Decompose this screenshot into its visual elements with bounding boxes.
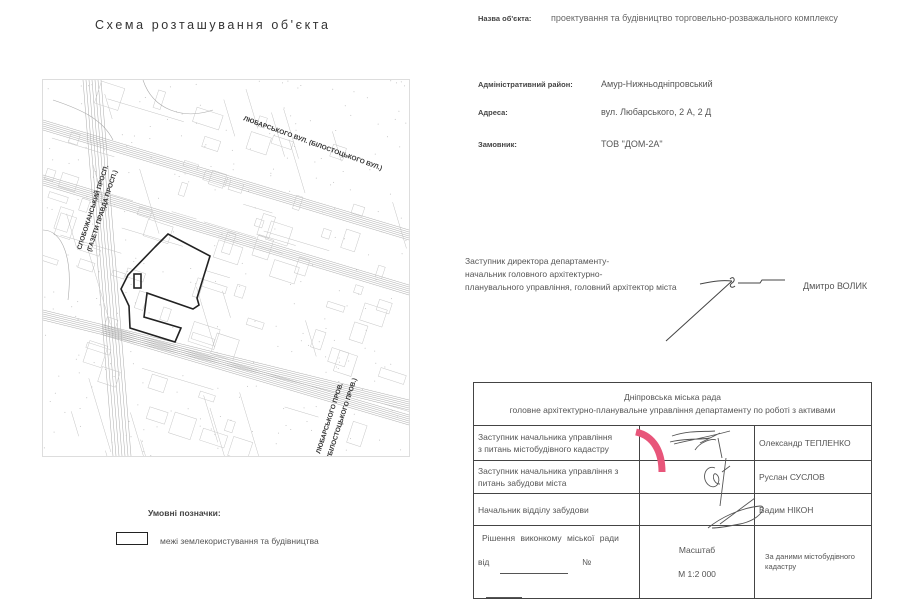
department-name: головне архітектурно-планувальне управлі… — [478, 404, 867, 417]
position-cell: Начальник відділу забудови — [474, 494, 640, 526]
position-text: Заступник начальника управління з — [478, 465, 635, 477]
decision-date-label: від — [478, 557, 489, 567]
scale-label: Масштаб — [644, 538, 750, 562]
decision-date-field — [500, 564, 568, 574]
signature-suslov — [705, 458, 730, 506]
district-label: Адміністративний район: — [478, 80, 573, 89]
page-title: Схема розташування об'єкта — [95, 18, 331, 32]
source-note-cell: За даними містобудівного кадастру — [755, 526, 872, 599]
decision-number-label: № — [582, 557, 591, 567]
customer-label: Замовник: — [478, 140, 517, 149]
customer-value: ТОВ "ДОМ-2А" — [601, 139, 663, 149]
decision-label: Рішення виконкому міської ради — [478, 526, 635, 550]
cadastral-map-drawing: ЛЮБАРСЬКОГО ВУЛ. (БІЛОСТОЦЬКОГО ВУЛ.) СЛ… — [43, 80, 409, 456]
red-seal-fragment — [632, 428, 672, 478]
object-name-value: проектування та будівництво торговельно-… — [551, 13, 838, 23]
position-text: Заступник начальника управління — [478, 431, 635, 443]
object-name-label: Назва об'єкта: — [478, 14, 531, 23]
approver-position: Заступник директора департаменту- началь… — [465, 255, 677, 294]
scale-value: М 1:2 000 — [644, 562, 750, 586]
approver-position-line: Заступник директора департаменту- — [465, 255, 677, 268]
name-cell: Вадим НІКОН — [755, 494, 872, 526]
decision-fields: від № — [478, 550, 635, 598]
legend-title: Умовні позначки: — [148, 508, 221, 518]
city-council-name: Дніпровська міська рада — [478, 391, 867, 404]
position-text: з питань містобудівного кадастру — [478, 443, 635, 455]
stamp-header: Дніпровська міська рада головне архітект… — [474, 383, 872, 426]
approver-signature — [660, 265, 810, 345]
address-label: Адреса: — [478, 108, 508, 117]
street-label-lubarskoho-vul: ЛЮБАРСЬКОГО ВУЛ. (БІЛОСТОЦЬКОГО ВУЛ.) — [242, 115, 383, 172]
approver-name: Дмитро ВОЛИК — [803, 281, 867, 291]
signature-nikon — [708, 498, 763, 528]
name-cell: Руслан СУСЛОВ — [755, 461, 872, 494]
approver-position-line: планувального управління, головний архіт… — [465, 281, 677, 294]
site-map: ЛЮБАРСЬКОГО ВУЛ. (БІЛОСТОЦЬКОГО ВУЛ.) СЛ… — [42, 79, 410, 457]
legend-boundary-label: межі землекористування та будівництва — [160, 536, 319, 546]
position-text: питань забудови міста — [478, 477, 635, 489]
signature-teplenko — [670, 431, 730, 458]
table-row: Рішення виконкому міської ради від № Мас… — [474, 526, 872, 599]
approver-position-line: начальник головного архітектурно- — [465, 268, 677, 281]
stamp-signatures — [660, 428, 770, 533]
position-cell: Заступник начальника управління з питань… — [474, 426, 640, 461]
name-cell: Олександр ТЕПЛЕНКО — [755, 426, 872, 461]
source-note: За даними містобудівного кадастру — [759, 552, 867, 572]
legend-boundary-symbol — [116, 532, 148, 545]
address-value: вул. Любарського, 2 А, 2 Д — [601, 107, 711, 117]
decision-number-field — [486, 588, 522, 598]
decision-cell: Рішення виконкому міської ради від № — [474, 526, 640, 599]
position-cell: Заступник начальника управління з питань… — [474, 461, 640, 494]
scale-cell: Масштаб М 1:2 000 — [640, 526, 755, 599]
district-value: Амур-Нижньодніпровський — [601, 79, 713, 89]
